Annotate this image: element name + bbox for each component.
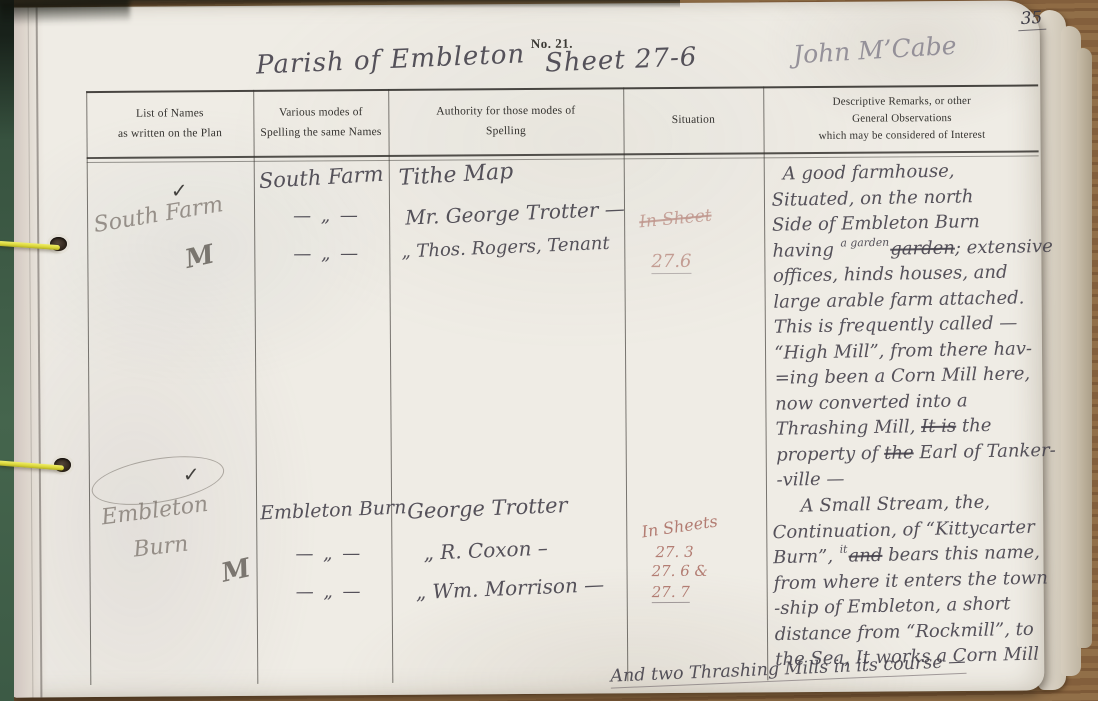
column-header-line: General Observations <box>763 109 1040 128</box>
column-header-line: Various modes of <box>253 102 388 123</box>
column-header-line: as written on the Plan <box>86 123 253 144</box>
check-mark: ✓ <box>183 462 200 486</box>
column-header-line: Spelling <box>388 120 623 142</box>
column-divider <box>623 87 629 681</box>
entry-1-authority-1: Tithe Map <box>398 159 514 191</box>
entry-2-situation-ref-1: 27. 3 <box>655 543 693 561</box>
entry-2-spelling-ditto-1: — „ — <box>295 543 362 564</box>
entry-2-remarks: A Small Stream, the,Continuation, of “Ki… <box>772 488 1050 672</box>
page-stack-edge-inner <box>1077 48 1092 648</box>
column-divider <box>86 91 92 685</box>
column-header-line: Descriptive Remarks, or other <box>763 92 1040 111</box>
folio-number: 35 <box>1017 8 1046 32</box>
entry-1-situation-label: In Sheet <box>638 206 712 233</box>
examiner-signature: John M’Cabe <box>792 31 957 70</box>
column-header-remarks: Descriptive Remarks, or other General Ob… <box>763 86 1040 150</box>
entry-1-examiner-initials: M <box>182 240 217 275</box>
column-header-spelling-modes: Various modes of Spelling the same Names <box>253 91 388 154</box>
column-divider <box>388 89 394 683</box>
entry-2-spelling-1: Embleton Burn <box>260 496 407 524</box>
column-header-authority: Authority for those modes of Spelling <box>388 89 623 153</box>
entry-1-plan-name: South Farm <box>92 192 225 238</box>
entry-1-authority-2: Mr. George Trotter — <box>405 196 626 229</box>
column-header-line: Spelling the same Names <box>253 122 388 143</box>
entry-2-authority-2: „ R. Coxon – <box>423 536 548 565</box>
entry-1-spelling-ditto-2: — „ — <box>293 243 360 264</box>
register-page: 35 Parish of Embleton No. 21. Sheet 27-6… <box>8 0 1045 697</box>
entry-1-spelling-ditto-1: — „ — <box>293 205 360 226</box>
entry-2-situation-ref-2: 27. 6 & <box>651 562 707 580</box>
entry-1-spelling-1: South Farm <box>258 162 384 193</box>
entry-2-examiner-initials: M <box>219 553 254 588</box>
entry-2-authority-1: George Trotter <box>407 493 568 524</box>
entry-2-situation-ref-3: 27. 7 <box>652 583 690 603</box>
entry-1-authority-3: „ Thos. Rogers, Tenant <box>401 233 610 263</box>
entry-2-situation-label: In Sheets <box>640 511 719 541</box>
entry-1-situation-ref: 27.6 <box>651 251 691 274</box>
photographed-name-book-page: { "folio_number": "35", "header": { "par… <box>0 0 1098 701</box>
column-header-line: Authority for those modes of <box>388 100 623 122</box>
top-edge-shadow <box>0 0 680 8</box>
entry-2-authority-3: „ Wm. Morrison — <box>415 572 604 604</box>
column-divider <box>763 86 769 680</box>
book-cover-edge <box>0 0 14 701</box>
column-header-situation: Situation <box>623 88 763 151</box>
column-header-line: which may be considered of Interest <box>763 126 1040 145</box>
sheet-number: Sheet 27-6 <box>544 42 698 78</box>
entry-2-spelling-ditto-2: — „ — <box>296 581 363 602</box>
column-header-names: List of Names as written on the Plan <box>86 92 253 155</box>
entry-2-plan-name-line-2: Burn <box>132 532 189 563</box>
column-header-line: List of Names <box>86 103 253 124</box>
entry-1-remarks: A good farmhouse,Situated, on the northS… <box>771 157 1057 493</box>
column-header-line: Situation <box>623 109 763 130</box>
parish-title: Parish of Embleton <box>255 39 525 80</box>
